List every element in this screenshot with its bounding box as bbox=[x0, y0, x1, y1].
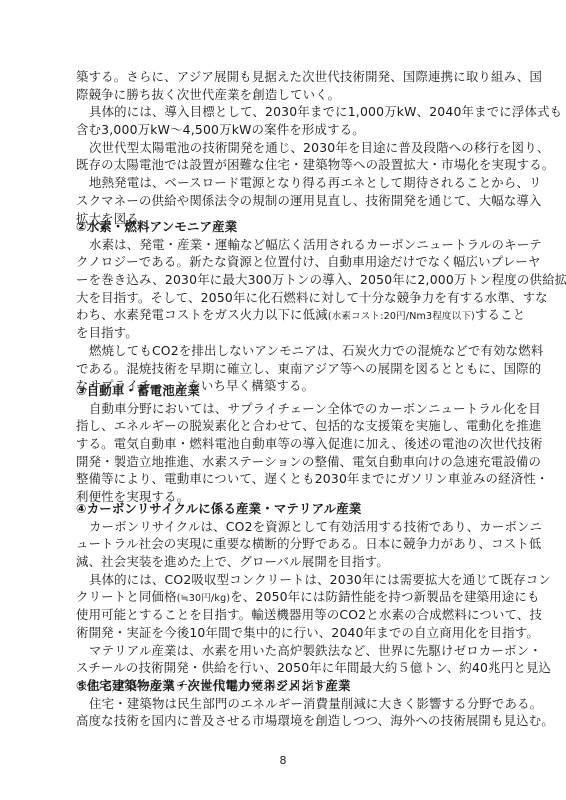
text-line: 術開発・実証を今後10年間で集中的に行い、2040年までの自立商用化を目指す。 bbox=[76, 624, 504, 642]
section-automobile-battery: ③自動車・蓄電池産業 自動車分野においては、サプライチェーン全体でのカーボンニュ… bbox=[76, 382, 504, 506]
text-line: 地熱発電は、ベースロード電源となり得る再エネとして期待されることから、リ bbox=[76, 174, 504, 192]
text-line: クノロジーである。新たな資源と位置付け、自動車用途だけでなく幅広いプレーヤ bbox=[76, 253, 504, 271]
section-heading: ③自動車・蓄電池産業 bbox=[76, 382, 504, 400]
text-line: 燃焼してもCO2を排出しないアンモニアは、石炭火力での混焼などで有効な燃料 bbox=[76, 342, 504, 360]
text-segment: すること bbox=[475, 307, 525, 322]
text-line: 指し、エネルギーの脱炭素化と合わせて、包括的な支援策を実施し、電動化を推進 bbox=[76, 417, 504, 435]
text-line: 住宅・建築物は民生部門のエネルギー消費量削減に大きく影響する分野である。 bbox=[76, 695, 504, 713]
text-line: 具体的には、CO2吸収型コンクリートは、2030年には需要拡大を通じて既存コン bbox=[76, 571, 504, 589]
text-segment: クリートと同価格 bbox=[76, 589, 177, 604]
section-housing-power-management: ⑤住宅建築物産業・次世代電力マネジメント産業 住宅・建築物は民生部門のエネルギー… bbox=[76, 677, 504, 730]
text-line: 開発・製造立地推進、水素ステーションの整備、電気自動車向けの急速充電設備の bbox=[76, 453, 504, 471]
text-segment: を、2050年には防錆性能を持つ新製品を建築用途にも bbox=[230, 589, 539, 604]
text-line: カーボンリサイクルは、CO2を資源として有効活用する技術であり、カーボンニ bbox=[76, 518, 504, 536]
text-line: 含む3,000万kW～4,500万kWの案件を形成する。 bbox=[76, 121, 504, 139]
text-line: を目指す。 bbox=[76, 324, 504, 342]
text-line: 築する。さらに、アジア展開も見据えた次世代技術開発、国際連携に取り組み、国 bbox=[76, 68, 504, 86]
text-line: 高度な技術を国内に普及させる市場環境を創造しつつ、海外への技術展開も見込む。 bbox=[76, 712, 504, 730]
text-line: 整備等により、電動車について、遅くとも2030年までにガソリン車並みの経済性・ bbox=[76, 470, 504, 488]
text-line: 大を目指す。そして、2050年に化石燃料に対して十分な競争力を有する水準、すな bbox=[76, 289, 504, 307]
cost-note: (水素コスト:20円/Nm3程度以下) bbox=[328, 311, 475, 322]
text-line: する。電気自動車・燃料電池自動車等の導入促進に加え、後述の電池の次世代技術 bbox=[76, 435, 504, 453]
section-heading: ②水素・燃料アンモニア産業 bbox=[76, 218, 504, 236]
text-segment: わち、水素発電コストをガス火力以下に低減 bbox=[76, 307, 328, 322]
text-line: 自動車分野においては、サプライチェーン全体でのカーボンニュートラル化を目 bbox=[76, 400, 504, 418]
text-line: 水素は、発電・産業・運輸など幅広く活用されるカーボンニュートラルのキーテ bbox=[76, 236, 504, 254]
text-line: クリートと同価格(≒30円/kg)を、2050年には防錆性能を持つ新製品を建築用… bbox=[76, 588, 504, 606]
text-line: マテリアル産業は、水素を用いた高炉製鉄法など、世界に先駆けゼロカーボン・ bbox=[76, 642, 504, 660]
price-note: (≒30円/kg) bbox=[177, 593, 231, 604]
document-page: 築する。さらに、アジア展開も見据えた次世代技術開発、国際連携に取り組み、国 際競… bbox=[0, 0, 566, 800]
intro-paragraphs: 築する。さらに、アジア展開も見据えた次世代技術開発、国際連携に取り組み、国 際競… bbox=[76, 68, 504, 227]
page-number: 8 bbox=[0, 754, 566, 767]
text-line: 既存の太陽電池では設置が困難な住宅・建築物等への設置拡大・市場化を実現する。 bbox=[76, 156, 504, 174]
text-line: 次世代型太陽電池の技術開発を通じ、2030年を目途に普及段階への移行を図り、 bbox=[76, 139, 504, 157]
text-line: スクマネーの供給や関係法令の規制の運用見直し、技術開発を通じて、大幅な導入 bbox=[76, 192, 504, 210]
text-line: ーを巻き込み、2030年に最大300万トンの導入、2050年に2,000万トン程… bbox=[76, 271, 504, 289]
text-line: 使用可能とすることを目指す。輸送機器用等のCO2と水素の合成燃料について、技 bbox=[76, 606, 504, 624]
text-line: である。混焼技術を早期に確立し、東南アジア等への展開を図るとともに、国際的 bbox=[76, 360, 504, 378]
section-hydrogen-ammonia: ②水素・燃料アンモニア産業 水素は、発電・産業・運輸など幅広く活用されるカーボン… bbox=[76, 218, 504, 395]
text-line: 際競争に勝ち抜く次世代産業を創造していく。 bbox=[76, 86, 504, 104]
text-line: 具体的には、導入目標として、2030年までに1,000万kW、2040年までに浮… bbox=[76, 103, 504, 121]
text-line: ュートラル社会の実現に重要な横断的分野である。日本に競争力があり、コスト低 bbox=[76, 535, 504, 553]
text-line: 減、社会実装を進めた上で、グローバル展開を目指す。 bbox=[76, 553, 504, 571]
section-carbon-recycling: ④カーボンリサイクルに係る産業・マテリアル産業 カーボンリサイクルは、CO2を資… bbox=[76, 500, 504, 695]
section-heading: ④カーボンリサイクルに係る産業・マテリアル産業 bbox=[76, 500, 504, 518]
section-heading: ⑤住宅建築物産業・次世代電力マネジメント産業 bbox=[76, 677, 504, 695]
text-line: スチールの技術開発・供給を行い、2050年に年間最大約５億トン、約40兆円と見込 bbox=[76, 659, 504, 677]
text-line: わち、水素発電コストをガス火力以下に低減(水素コスト:20円/Nm3程度以下)す… bbox=[76, 306, 504, 324]
